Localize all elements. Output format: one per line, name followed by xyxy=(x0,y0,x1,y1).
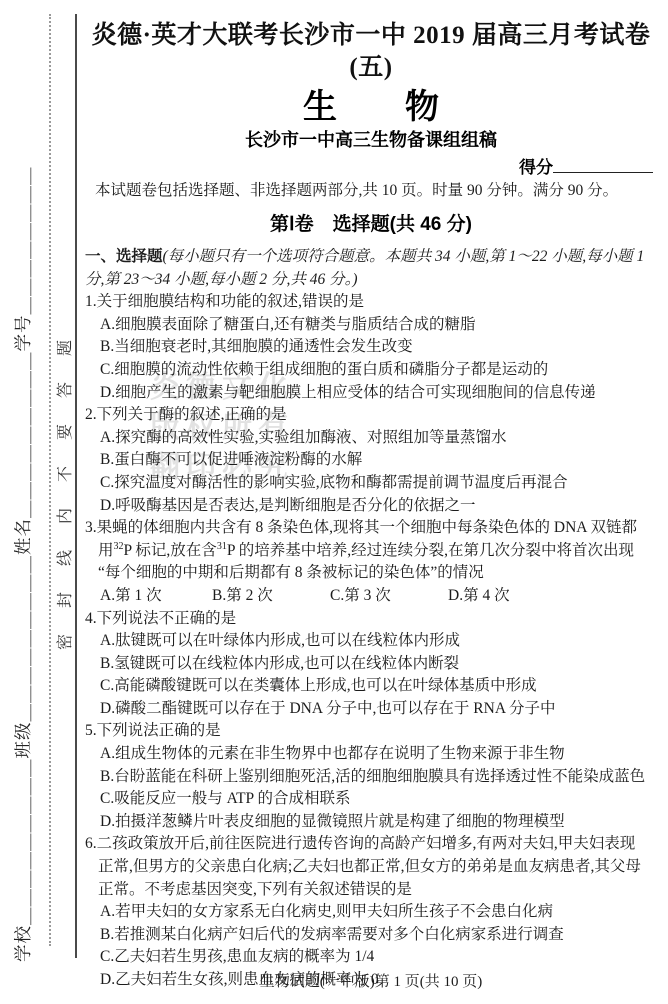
question-3-option-d: D.第 4 次 xyxy=(448,585,510,608)
question-1-option-d: D.细胞产生的激素与靶细胞膜上相应受体的结合可实现细胞间的信息传递 xyxy=(85,382,657,405)
question-6-option-b: B.若推测某白化病产妇后代的发病率需要对多个白化病家系进行调查 xyxy=(85,924,657,947)
subject-title: 生 物 xyxy=(85,88,657,126)
question-2-option-c: C.探究温度对酶活性的影响实验,底物和酶都需提前调节温度后再混合 xyxy=(85,472,657,495)
question-6-stem-line-3: 正常。不考虑基因突变,下列有关叙述错误的是 xyxy=(85,879,657,902)
instructions-line-2: 分,第 23～34 小题,每小题 2 分,共 46 分。) xyxy=(85,269,657,292)
question-2-option-b: B.蛋白酶不可以促进唾液淀粉酶的水解 xyxy=(85,449,657,472)
q3-text: 用 xyxy=(98,542,114,559)
question-1-stem: 1.关于细胞膜结构和功能的叙述,错误的是 xyxy=(85,291,657,314)
score-row: 得分 xyxy=(85,154,657,178)
question-3-option-c: C.第 3 次 xyxy=(330,585,448,608)
question-3-options-row: A.第 1 次B.第 2 次C.第 3 次D.第 4 次 xyxy=(85,585,657,608)
student-info-fields: 学校＿＿＿＿＿＿＿＿＿班级＿＿＿＿＿＿＿＿＿姓名＿＿＿＿＿＿＿＿＿学号＿＿＿＿＿… xyxy=(10,180,34,962)
seal-dotted-line xyxy=(49,14,51,946)
question-5-option-c: C.吸能反应一般与 ATP 的合成相联系 xyxy=(85,788,657,811)
question-2-stem: 2.下列关于酶的叙述,正确的是 xyxy=(85,404,657,427)
question-4-option-c: C.高能磷酸键既可以在类囊体上形成,也可以在叶绿体基质中形成 xyxy=(85,675,657,698)
question-5-option-d: D.拍摄洋葱鳞片叶表皮细胞的显微镜照片就是构建了细胞的物理模型 xyxy=(85,811,657,834)
question-4-option-a: A.肽键既可以在叶绿体内形成,也可以在线粒体内形成 xyxy=(85,630,657,653)
question-3-option-b: B.第 2 次 xyxy=(212,585,330,608)
content-column: 炎德·英才大联考长沙市一中 2019 届高三月考试卷(五) 生 物 长沙市一中高… xyxy=(85,12,657,992)
margin-divider-line xyxy=(75,14,77,958)
exam-notice: 本试题卷包括选择题、非选择题两部分,共 10 页。时量 90 分钟。满分 90 … xyxy=(85,180,657,202)
question-5-option-a: A.组成生物体的元素在非生物界中也都存在说明了生物来源于非生物 xyxy=(85,743,657,766)
question-1-option-c: C.细胞膜的流动性依赖于组成细胞的蛋白质和磷脂分子都是运动的 xyxy=(85,359,657,382)
instructions-line-1: 一、选择题(每小题只有一个选项符合题意。本题共 34 小题,第 1～22 小题,… xyxy=(85,246,657,269)
question-6-option-d: D.乙夫妇若生女孩,则患血友病的概率为 0 xyxy=(85,969,657,992)
question-3-stem-line-3: “每个细胞的中期和后期都有 8 条被标记的染色体”的情况 xyxy=(85,562,657,585)
exam-paper-page: 炎德文化 版权所有 翻印必究 学校＿＿＿＿＿＿＿＿＿班级＿＿＿＿＿＿＿＿＿姓名＿… xyxy=(0,0,668,1004)
question-3-stem-line-1: 3.果蝇的体细胞内共含有 8 条染色体,现将其一个细胞中每条染色体的 DNA 双… xyxy=(85,517,657,540)
question-6-option-a: A.若甲夫妇的女方家系无白化病史,则甲夫妇所生孩子不会患白化病 xyxy=(85,901,657,924)
score-label: 得分 xyxy=(519,158,553,177)
q3-text: P 的培养基中培养,经过连续分裂,在第几次分裂中将首次出现 xyxy=(227,542,634,559)
instructions-rest: (每小题只有一个选项符合题意。本题共 34 小题,第 1～22 小题,每小题 1 xyxy=(163,248,645,265)
question-5-option-b: B.台盼蓝能在科研上鉴别细胞死活,活的细胞细胞膜具有选择透过性不能染成蓝色 xyxy=(85,766,657,789)
q3-text: P 标记,放在含 xyxy=(124,542,217,559)
question-3-option-a: A.第 1 次 xyxy=(100,585,212,608)
question-6-option-c: C.乙夫妇若生男孩,患血友病的概率为 1/4 xyxy=(85,946,657,969)
question-4-stem: 4.下列说法不正确的是 xyxy=(85,608,657,631)
drafter-line: 长沙市一中高三生物备课组组稿 xyxy=(85,128,657,152)
questions-body: 一、选择题(每小题只有一个选项符合题意。本题共 34 小题,第 1～22 小题,… xyxy=(85,246,657,992)
question-5-stem: 5.下列说法正确的是 xyxy=(85,720,657,743)
question-2-option-a: A.探究酶的高效性实验,实验组加酶液、对照组加等量蒸馏水 xyxy=(85,427,657,450)
exam-series-title: 炎德·英才大联考长沙市一中 2019 届高三月考试卷(五) xyxy=(85,20,657,84)
question-3-stem-line-2: 用32P 标记,放在含31P 的培养基中培养,经过连续分裂,在第几次分裂中将首次… xyxy=(85,540,657,563)
question-4-option-d: D.磷酸二酯键既可以存在于 DNA 分子中,也可以存在于 RNA 分子中 xyxy=(85,698,657,721)
question-2-option-d: D.呼吸酶基因是否表达,是判断细胞是否分化的依据之一 xyxy=(85,495,657,518)
question-6-stem-line-2: 正常,但男方的父亲患白化病;乙夫妇也都正常,但女方的弟弟是血友病患者,其父母 xyxy=(85,856,657,879)
question-1-option-a: A.细胞膜表面除了糖蛋白,还有糖类与脂质结合成的糖脂 xyxy=(85,314,657,337)
question-6-stem-line-1: 6.二孩政策放开后,前往医院进行遗传咨询的高龄产妇增多,有两对夫妇,甲夫妇表现 xyxy=(85,833,657,856)
seal-line-text: 密封线内不要答题 xyxy=(52,298,74,650)
question-1-option-b: B.当细胞衰老时,其细胞膜的通透性会发生改变 xyxy=(85,336,657,359)
instructions-lead: 一、选择题 xyxy=(85,248,163,265)
q3-superscript-31: 31 xyxy=(217,541,227,552)
q3-superscript-32: 32 xyxy=(114,541,124,552)
score-blank xyxy=(553,154,653,173)
question-4-option-b: B.氢键既可以在线粒体内形成,也可以在线粒体内断裂 xyxy=(85,653,657,676)
section-title: 第Ⅰ卷 选择题(共 46 分) xyxy=(85,212,657,238)
